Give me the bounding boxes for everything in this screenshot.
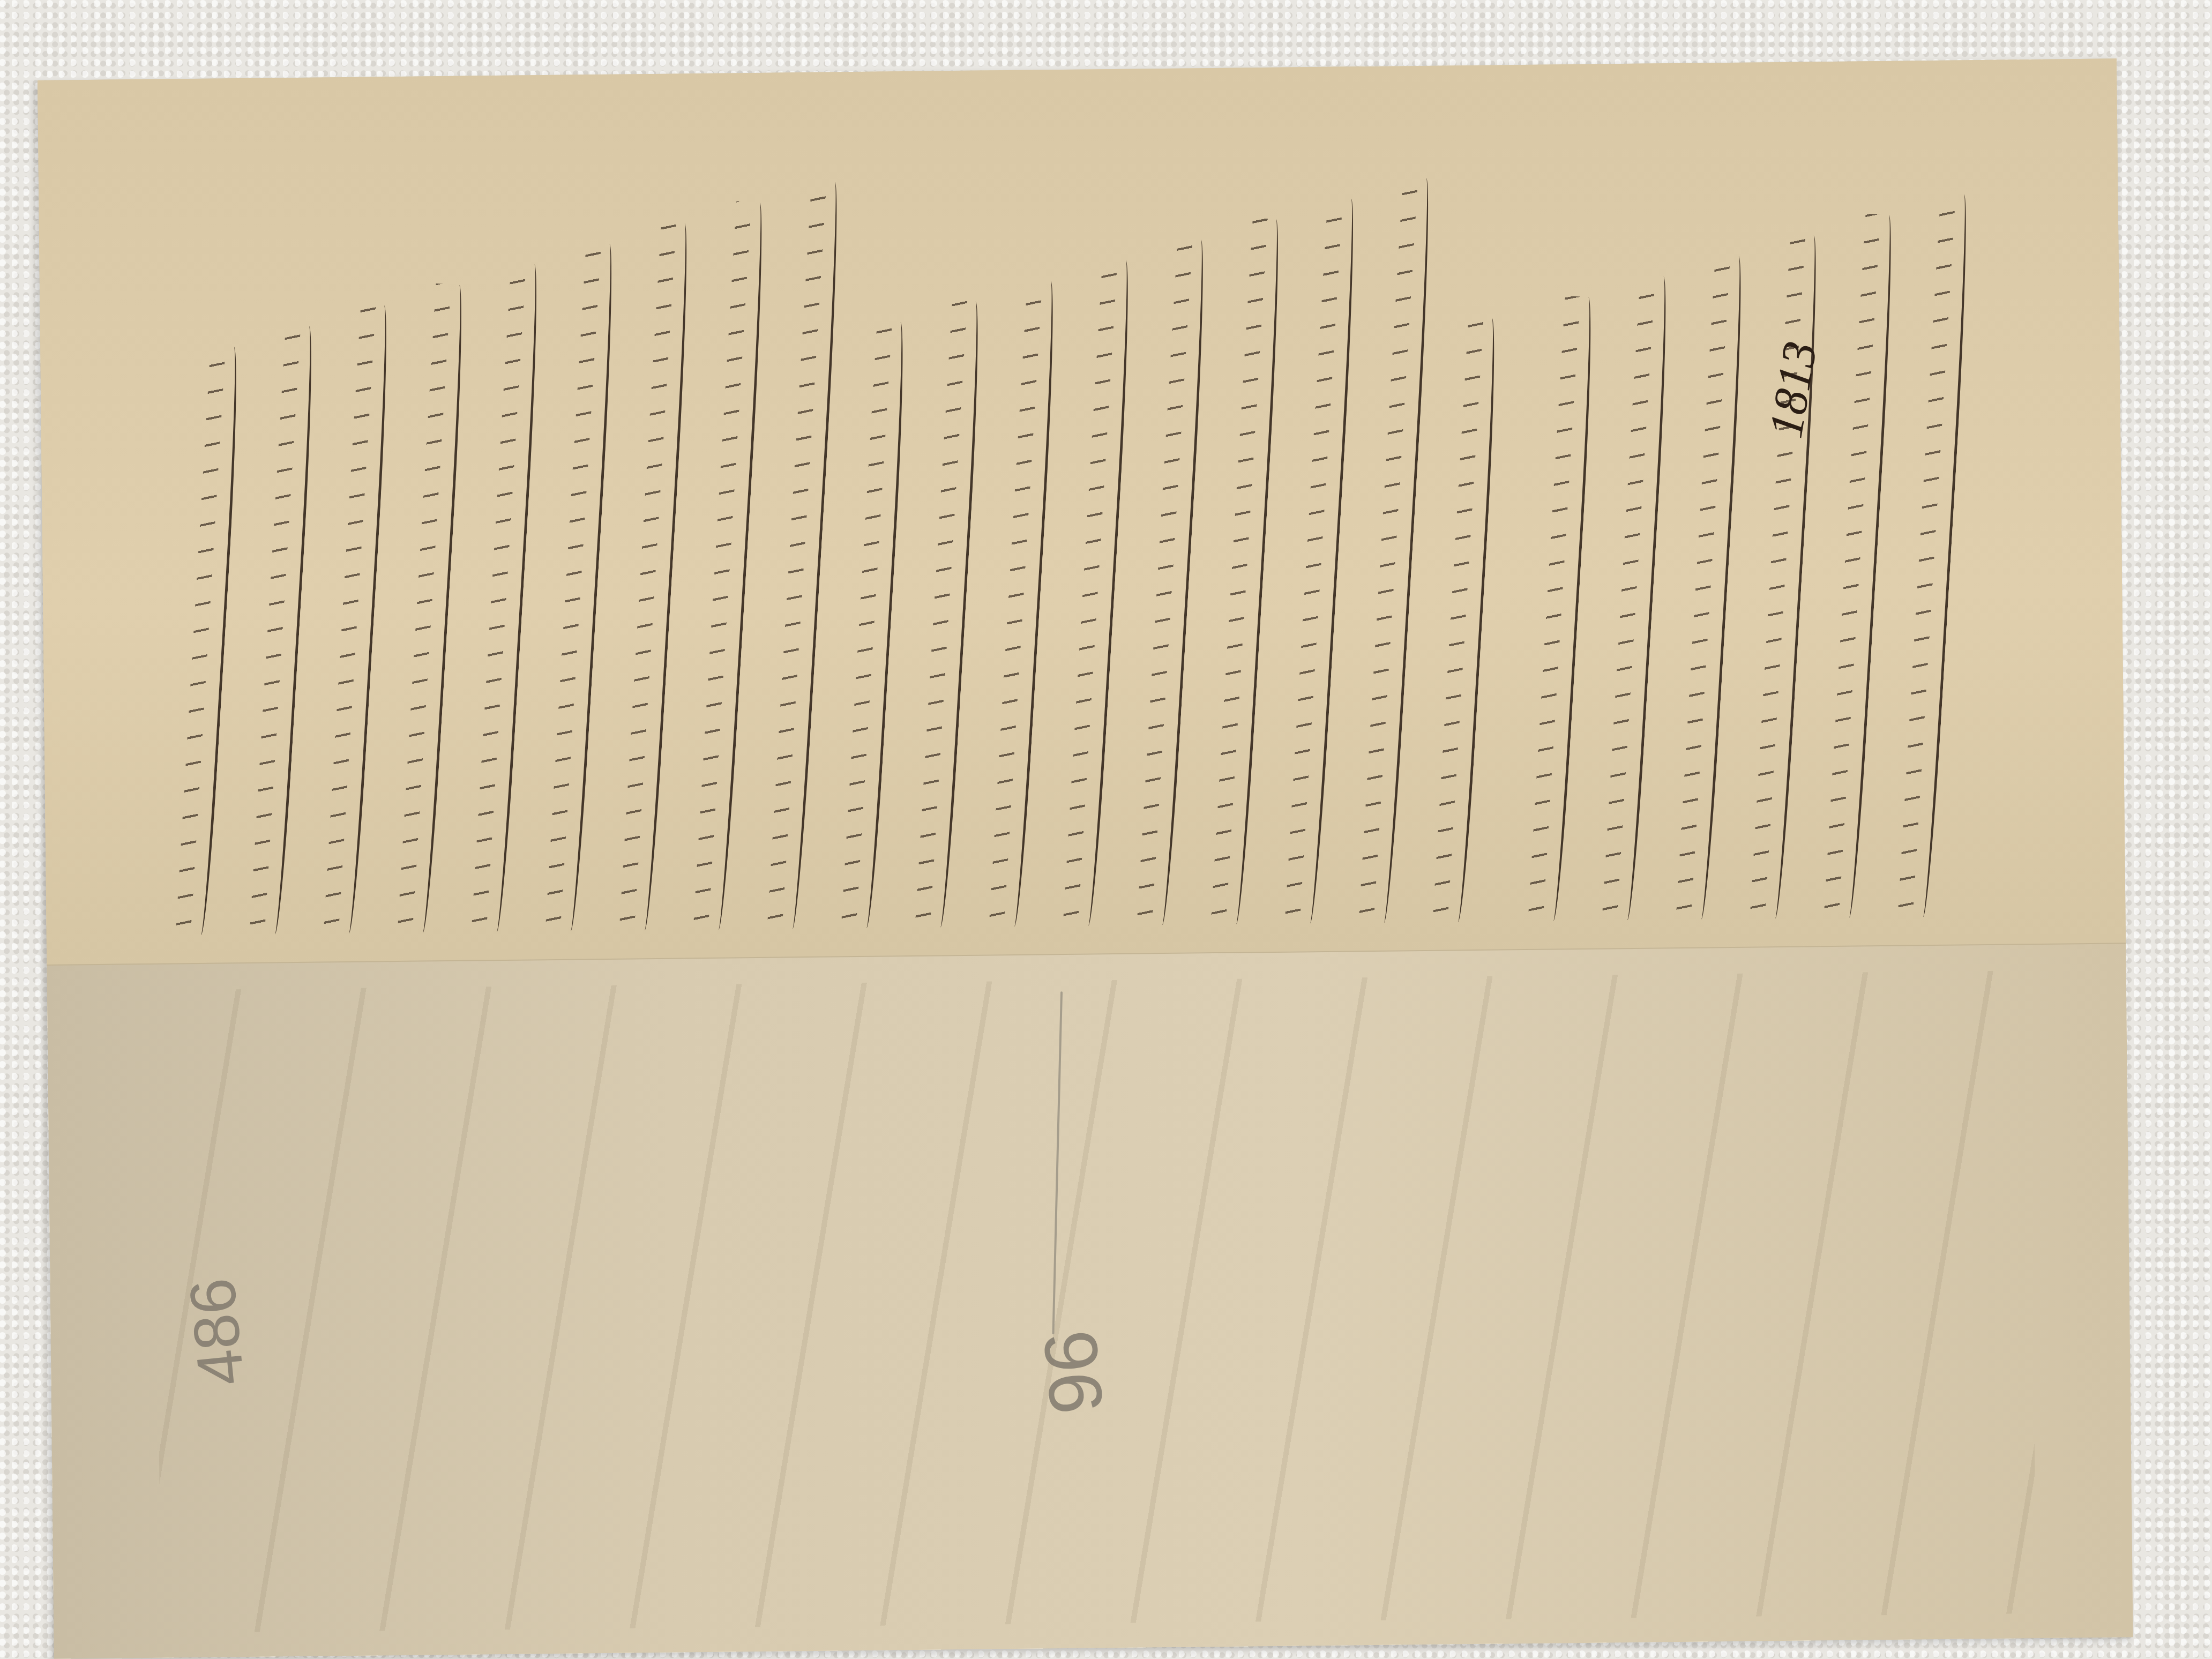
handwriting-line bbox=[186, 346, 242, 935]
handwriting-line bbox=[408, 284, 468, 933]
handwriting-line bbox=[630, 222, 693, 931]
handwriting-line bbox=[260, 325, 317, 935]
handwriting-line bbox=[334, 305, 393, 934]
handwriting-line bbox=[1148, 239, 1209, 925]
handwriting-line bbox=[1222, 219, 1284, 925]
handwriting-line bbox=[482, 264, 543, 932]
handwriting-line bbox=[1761, 235, 1822, 919]
handwriting-line bbox=[704, 202, 768, 930]
handwriting-line bbox=[852, 321, 909, 928]
pencil-page-number: 96 bbox=[1026, 1326, 1120, 1418]
handwriting-line bbox=[1835, 214, 1897, 918]
handwriting-line bbox=[926, 301, 984, 928]
handwriting-line bbox=[556, 243, 618, 931]
handwritten-text-block bbox=[177, 59, 2061, 937]
handwriting-line bbox=[1296, 198, 1359, 924]
handwriting-line bbox=[1000, 280, 1059, 927]
letter-sheet: 1813 486 96 bbox=[38, 58, 2133, 1658]
handwriting-line bbox=[1370, 177, 1434, 923]
handwriting-line bbox=[1687, 255, 1747, 920]
handwriting-line bbox=[778, 181, 843, 929]
handwriting-line bbox=[1909, 193, 1972, 917]
pencil-folio-number: 486 bbox=[175, 1275, 259, 1389]
handwriting-line bbox=[1074, 259, 1134, 926]
bleed-through-writing bbox=[154, 970, 2036, 1633]
handwriting-line bbox=[1539, 296, 1597, 921]
handwriting-line bbox=[1613, 276, 1672, 921]
handwriting-line bbox=[1444, 317, 1500, 922]
